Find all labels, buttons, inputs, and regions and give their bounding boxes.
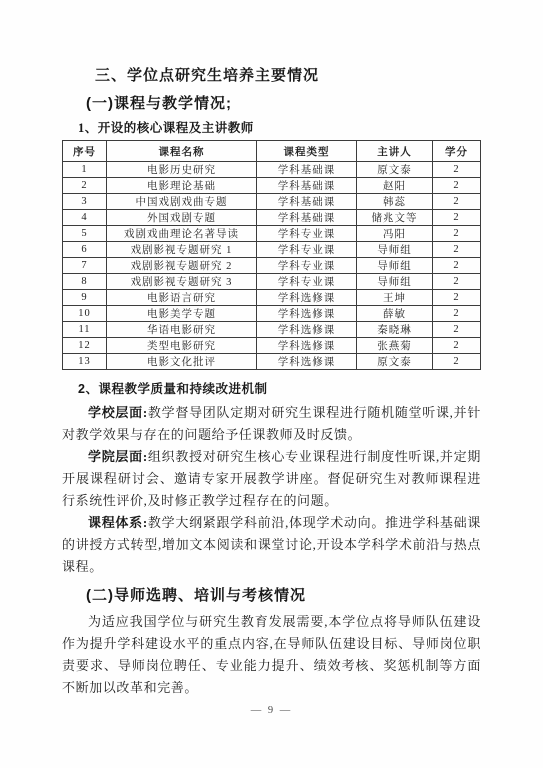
paragraph-school-level: 学校层面:教学督导团队定期对研究生课程进行随机随堂听课,并针对教学效果与存在的问… — [62, 402, 481, 446]
cell-num: 5 — [63, 226, 107, 242]
cell-num: 7 — [63, 258, 107, 274]
cell-course: 外国戏剧专题 — [107, 210, 257, 226]
document-page: 三、学位点研究生培养主要情况 (一)课程与教学情况; 1、开设的核心课程及主讲教… — [0, 0, 543, 768]
cell-course: 戏剧影视专题研究 1 — [107, 242, 257, 258]
cell-course: 华语电影研究 — [107, 322, 257, 338]
cell-credit: 2 — [433, 354, 481, 370]
table-row: 6 戏剧影视专题研究 1 学科专业课 导师组 2 — [63, 242, 481, 258]
table-row: 10 电影美学专题 学科选修课 薛敏 2 — [63, 306, 481, 322]
cell-num: 1 — [63, 162, 107, 178]
table-row: 3 中国戏剧戏曲专题 学科基础课 韩蕊 2 — [63, 194, 481, 210]
table-row: 7 戏剧影视专题研究 2 学科专业课 导师组 2 — [63, 258, 481, 274]
cell-num: 11 — [63, 322, 107, 338]
cell-num: 10 — [63, 306, 107, 322]
cell-type: 学科选修课 — [257, 338, 357, 354]
cell-credit: 2 — [433, 194, 481, 210]
cell-teacher: 赵阳 — [357, 178, 433, 194]
cell-teacher: 原文泰 — [357, 354, 433, 370]
cell-course: 戏剧影视专题研究 2 — [107, 258, 257, 274]
paragraph-mentor-team: 为适应我国学位与研究生教育发展需要,本学位点将导师队伍建设作为提升学科建设水平的… — [62, 611, 481, 699]
cell-num: 8 — [63, 274, 107, 290]
table-row: 13 电影文化批评 学科选修课 原文泰 2 — [63, 354, 481, 370]
cell-num: 9 — [63, 290, 107, 306]
paragraph-lead-label: 课程体系: — [88, 515, 148, 530]
cell-teacher: 原文泰 — [357, 162, 433, 178]
paragraph-lead-label: 学校层面: — [88, 405, 148, 420]
col-header-course: 课程名称 — [107, 141, 257, 162]
cell-credit: 2 — [433, 322, 481, 338]
cell-type: 学科选修课 — [257, 322, 357, 338]
cell-course: 戏剧戏曲理论名著导读 — [107, 226, 257, 242]
table-row: 5 戏剧戏曲理论名著导读 学科专业课 冯阳 2 — [63, 226, 481, 242]
cell-num: 2 — [63, 178, 107, 194]
cell-credit: 2 — [433, 306, 481, 322]
table-row: 11 华语电影研究 学科选修课 秦晓琳 2 — [63, 322, 481, 338]
col-header-teacher: 主讲人 — [357, 141, 433, 162]
table-row: 8 戏剧影视专题研究 3 学科专业课 导师组 2 — [63, 274, 481, 290]
cell-credit: 2 — [433, 338, 481, 354]
cell-credit: 2 — [433, 226, 481, 242]
cell-teacher: 储兆文等 — [357, 210, 433, 226]
col-header-credit: 学分 — [433, 141, 481, 162]
subsection-title: (一)课程与教学情况; — [62, 92, 481, 113]
course-table: 序号 课程名称 课程类型 主讲人 学分 1 电影历史研究 学科基础课 原文泰 2… — [62, 140, 481, 370]
course-list-title: 1、开设的核心课程及主讲教师 — [62, 118, 481, 136]
cell-type: 学科基础课 — [257, 178, 357, 194]
cell-teacher: 王坤 — [357, 290, 433, 306]
cell-credit: 2 — [433, 210, 481, 226]
section-title: 三、学位点研究生培养主要情况 — [62, 64, 481, 85]
table-row: 2 电影理论基础 学科基础课 赵阳 2 — [63, 178, 481, 194]
cell-teacher: 张燕菊 — [357, 338, 433, 354]
cell-type: 学科选修课 — [257, 290, 357, 306]
cell-teacher: 秦晓琳 — [357, 322, 433, 338]
paragraph-lead-label: 学院层面: — [88, 449, 148, 464]
cell-type: 学科选修课 — [257, 354, 357, 370]
cell-course: 电影理论基础 — [107, 178, 257, 194]
section2-title: 2、课程教学质量和持续改进机制 — [62, 379, 481, 397]
cell-course: 电影语言研究 — [107, 290, 257, 306]
cell-teacher: 冯阳 — [357, 226, 433, 242]
cell-credit: 2 — [433, 162, 481, 178]
section3-title: (二)导师选聘、培训与考核情况 — [62, 584, 481, 605]
cell-credit: 2 — [433, 290, 481, 306]
table-row: 9 电影语言研究 学科选修课 王坤 2 — [63, 290, 481, 306]
cell-type: 学科基础课 — [257, 162, 357, 178]
col-header-type: 课程类型 — [257, 141, 357, 162]
cell-type: 学科专业课 — [257, 258, 357, 274]
cell-course: 电影历史研究 — [107, 162, 257, 178]
cell-type: 学科专业课 — [257, 226, 357, 242]
cell-teacher: 导师组 — [357, 242, 433, 258]
col-header-num: 序号 — [63, 141, 107, 162]
cell-credit: 2 — [433, 178, 481, 194]
cell-teacher: 薛敏 — [357, 306, 433, 322]
cell-teacher: 导师组 — [357, 258, 433, 274]
cell-teacher: 导师组 — [357, 274, 433, 290]
cell-type: 学科基础课 — [257, 194, 357, 210]
cell-credit: 2 — [433, 274, 481, 290]
cell-teacher: 韩蕊 — [357, 194, 433, 210]
cell-type: 学科专业课 — [257, 242, 357, 258]
cell-course: 电影美学专题 — [107, 306, 257, 322]
cell-course: 类型电影研究 — [107, 338, 257, 354]
table-row: 12 类型电影研究 学科选修课 张燕菊 2 — [63, 338, 481, 354]
paragraph-college-level: 学院层面:组织教授对研究生核心专业课程进行制度性听课,并定期开展课程研讨会、邀请… — [62, 446, 481, 512]
cell-type: 学科基础课 — [257, 210, 357, 226]
page-number: — 9 — — [0, 705, 543, 716]
paragraph-curriculum-system: 课程体系:教学大纲紧跟学科前沿,体现学术动向。推进学科基础课的讲授方式转型,增加… — [62, 512, 481, 578]
cell-num: 3 — [63, 194, 107, 210]
cell-course: 电影文化批评 — [107, 354, 257, 370]
cell-num: 4 — [63, 210, 107, 226]
cell-num: 13 — [63, 354, 107, 370]
cell-credit: 2 — [433, 242, 481, 258]
table-row: 1 电影历史研究 学科基础课 原文泰 2 — [63, 162, 481, 178]
cell-num: 12 — [63, 338, 107, 354]
table-row: 4 外国戏剧专题 学科基础课 储兆文等 2 — [63, 210, 481, 226]
table-header-row: 序号 课程名称 课程类型 主讲人 学分 — [63, 141, 481, 162]
cell-course: 中国戏剧戏曲专题 — [107, 194, 257, 210]
cell-type: 学科专业课 — [257, 274, 357, 290]
cell-course: 戏剧影视专题研究 3 — [107, 274, 257, 290]
cell-credit: 2 — [433, 258, 481, 274]
cell-num: 6 — [63, 242, 107, 258]
cell-type: 学科选修课 — [257, 306, 357, 322]
